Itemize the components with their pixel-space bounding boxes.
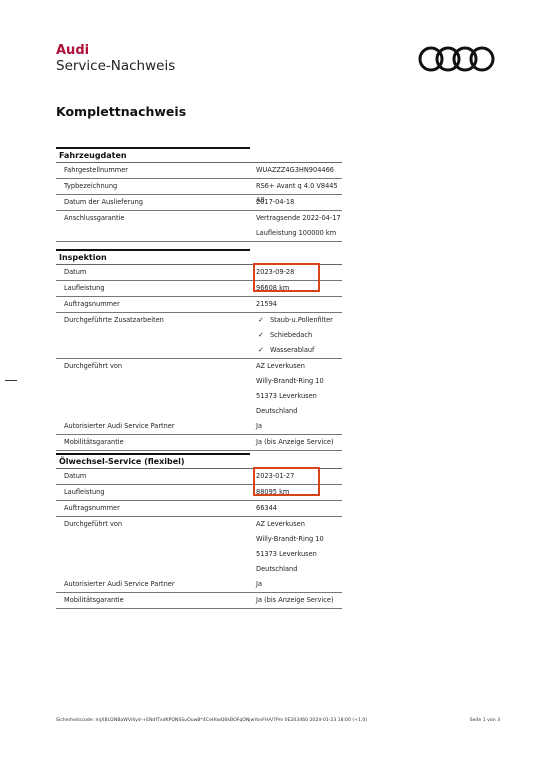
brand-block: Audi Service-Nachweis [56, 44, 175, 75]
row-value: ✓Staub-u.Pollenfilter ✓Schiebedach ✓Wass… [256, 313, 342, 358]
row-label: Datum [56, 265, 256, 280]
security-code: Sicherheitscode: mjXBU2NBaWVi4yd-+ENdfTx… [56, 718, 367, 723]
table-row: Durchgeführt von AZ Leverkusen Willy-Bra… [56, 359, 342, 419]
row-value: Ja [256, 577, 342, 592]
row-label: Laufleistung [56, 281, 256, 296]
list-item: ✓Staub-u.Pollenfilter [256, 313, 342, 328]
row-label: Auftragsnummer [56, 297, 256, 312]
row-label: Mobilitätsgarantie [56, 435, 256, 450]
table-row: Durchgeführte Zusatzarbeiten ✓Staub-u.Po… [56, 313, 342, 359]
table-row: Autorisierter Audi Service Partner Ja [56, 577, 342, 593]
row-label: Datum der Auslieferung [56, 195, 256, 210]
checkmark-icon: ✓ [258, 343, 270, 357]
margin-mark [5, 380, 17, 381]
row-label: Mobilitätsgarantie [56, 593, 256, 608]
table-row: Mobilitätsgarantie Ja (bis Anzeige Servi… [56, 593, 342, 609]
table-row: Autorisierter Audi Service Partner Ja [56, 419, 342, 435]
list-item: ✓Wasserablauf [256, 343, 342, 358]
row-label: Datum [56, 469, 256, 484]
row-label: Fahrgestellnummer [56, 163, 256, 178]
audi-four-rings-icon [418, 44, 496, 74]
brand-name: Audi [56, 44, 175, 58]
page-number: Seite 1 von 3 [470, 718, 500, 723]
row-label: Anschlussgarantie [56, 211, 256, 226]
list-item: ✓Schiebedach [256, 328, 342, 343]
row-label: Autorisierter Audi Service Partner [56, 577, 256, 592]
row-value: WUAZZZ4G3HN904466 [256, 163, 342, 178]
sub-value: 100000 km [299, 229, 337, 237]
row-label: Durchgeführt von [56, 359, 256, 374]
sub-label: Vertragsende [256, 214, 300, 222]
table-row: Auftragsnummer 21594 [56, 297, 342, 313]
oil-highlight-box [253, 467, 320, 496]
row-label: Laufleistung [56, 485, 256, 500]
table-row: Typbezeichnung RS6+ Avant q 4.0 V8445 A8 [56, 179, 342, 195]
table-row: Datum der Auslieferung 2017-04-18 [56, 195, 342, 211]
row-value: AZ Leverkusen Willy-Brandt-Ring 10 51373… [256, 517, 342, 577]
footer: Sicherheitscode: mjXBU2NBaWVi4yd-+ENdfTx… [56, 718, 500, 723]
section-title: Fahrzeugdaten [56, 149, 342, 163]
document-subtitle: Service-Nachweis [56, 58, 175, 75]
page-title: Komplettnachweis [56, 104, 186, 119]
table-row: Anschlussgarantie Vertragsende 2022-04-1… [56, 211, 342, 242]
row-value: Vertragsende 2022-04-17 Laufleistung 100… [256, 211, 342, 241]
row-value: 2017-04-18 [256, 195, 342, 210]
row-value: Ja (bis Anzeige Service) [256, 593, 342, 608]
vehicle-data-section: Fahrzeugdaten Fahrgestellnummer WUAZZZ4G… [56, 147, 342, 242]
sub-label: Laufleistung [256, 229, 297, 237]
row-label: Autorisierter Audi Service Partner [56, 419, 256, 434]
row-value: Ja (bis Anzeige Service) [256, 435, 342, 450]
checkmark-icon: ✓ [258, 328, 270, 342]
row-label: Typbezeichnung [56, 179, 256, 194]
checkmark-icon: ✓ [258, 313, 270, 327]
table-row: Auftragsnummer 66344 [56, 501, 342, 517]
row-value: RS6+ Avant q 4.0 V8445 A8 [256, 179, 342, 194]
inspection-highlight-box [253, 263, 320, 292]
row-label: Durchgeführte Zusatzarbeiten [56, 313, 256, 328]
row-label: Auftragsnummer [56, 501, 256, 516]
sub-value: 2022-04-17 [302, 214, 340, 222]
table-row: Mobilitätsgarantie Ja (bis Anzeige Servi… [56, 435, 342, 451]
row-value: 21594 [256, 297, 342, 312]
row-value: 66344 [256, 501, 342, 516]
row-value: AZ Leverkusen Willy-Brandt-Ring 10 51373… [256, 359, 342, 419]
table-row: Durchgeführt von AZ Leverkusen Willy-Bra… [56, 517, 342, 577]
table-row: Fahrgestellnummer WUAZZZ4G3HN904466 [56, 163, 342, 179]
row-value: Ja [256, 419, 342, 434]
row-label: Durchgeführt von [56, 517, 256, 532]
